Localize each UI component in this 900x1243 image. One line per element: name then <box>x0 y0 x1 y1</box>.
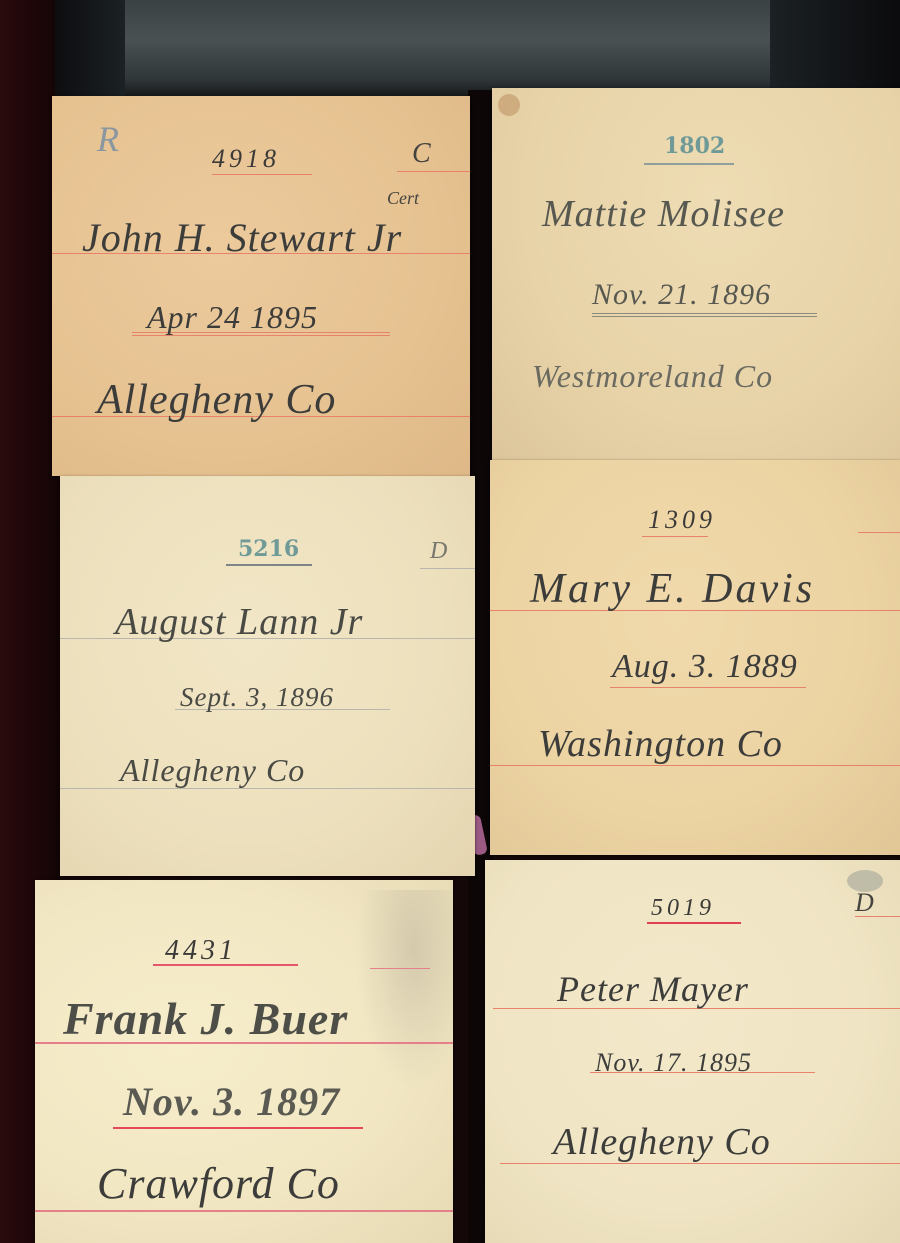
card-date: Nov. 17. 1895 <box>595 1048 752 1078</box>
ruled-line <box>642 536 708 537</box>
record-number-stamp: 5216 <box>238 536 299 562</box>
ruled-line <box>397 171 470 172</box>
card-name: Peter Mayer <box>557 968 749 1010</box>
record-card: R 4918 C Cert John H. Stewart Jr Apr 24 … <box>52 96 470 476</box>
ruled-line <box>592 313 817 314</box>
card-county: Allegheny Co <box>120 752 305 789</box>
ruled-line <box>113 1127 363 1129</box>
record-number: 4431 <box>165 935 237 967</box>
record-card: 5019 D Peter Mayer Nov. 17. 1895 Alleghe… <box>485 860 900 1243</box>
stain <box>498 94 520 116</box>
card-name: August Lann Jr <box>115 600 363 644</box>
record-number-stamp: 1802 <box>664 133 725 159</box>
card-date: Nov. 3. 1897 <box>123 1078 340 1125</box>
card-name: Frank J. Buer <box>63 992 348 1045</box>
card-date: Aug. 3. 1889 <box>612 648 798 686</box>
side-mark: D <box>855 888 874 918</box>
record-card: 1309 Mary E. Davis Aug. 3. 1889 Washingt… <box>490 460 900 855</box>
stain <box>355 890 453 1090</box>
ruled-line <box>858 532 900 533</box>
corner-mark: R <box>97 118 119 160</box>
record-card: 5216 D August Lann Jr Sept. 3, 1896 Alle… <box>60 476 475 876</box>
card-name: John H. Stewart Jr <box>82 214 402 261</box>
ruled-line <box>610 687 806 688</box>
side-note: Cert <box>387 188 419 209</box>
record-number: 1309 <box>648 505 716 535</box>
card-county: Westmoreland Co <box>532 358 773 395</box>
ruled-line <box>644 163 734 165</box>
record-card: 1802 Mattie Molisee Nov. 21. 1896 Westmo… <box>492 88 900 460</box>
ruled-line <box>420 568 475 569</box>
card-name: Mattie Molisee <box>542 192 785 236</box>
card-date: Nov. 21. 1896 <box>592 278 771 312</box>
ruled-line <box>226 564 312 566</box>
card-county: Washington Co <box>538 722 783 766</box>
background-shadow <box>770 0 900 90</box>
record-card: 4431 Frank J. Buer Nov. 3. 1897 Crawford… <box>35 880 453 1243</box>
card-county: Allegheny Co <box>97 376 336 424</box>
card-name: Mary E. Davis <box>530 565 815 613</box>
ruled-line <box>212 174 312 175</box>
record-number: 5019 <box>651 895 715 922</box>
side-mark: D <box>430 538 447 565</box>
card-date: Sept. 3, 1896 <box>180 682 334 713</box>
card-county: Allegheny Co <box>553 1120 771 1164</box>
background-shadow <box>55 0 125 100</box>
ruled-line <box>647 922 741 924</box>
card-county: Crawford Co <box>97 1158 340 1209</box>
side-mark: C <box>412 138 431 170</box>
ruled-line <box>35 1210 453 1212</box>
ruled-line <box>592 316 817 317</box>
card-date: Apr 24 1895 <box>147 299 318 336</box>
record-number: 4918 <box>212 144 280 174</box>
ruled-line <box>370 968 430 969</box>
